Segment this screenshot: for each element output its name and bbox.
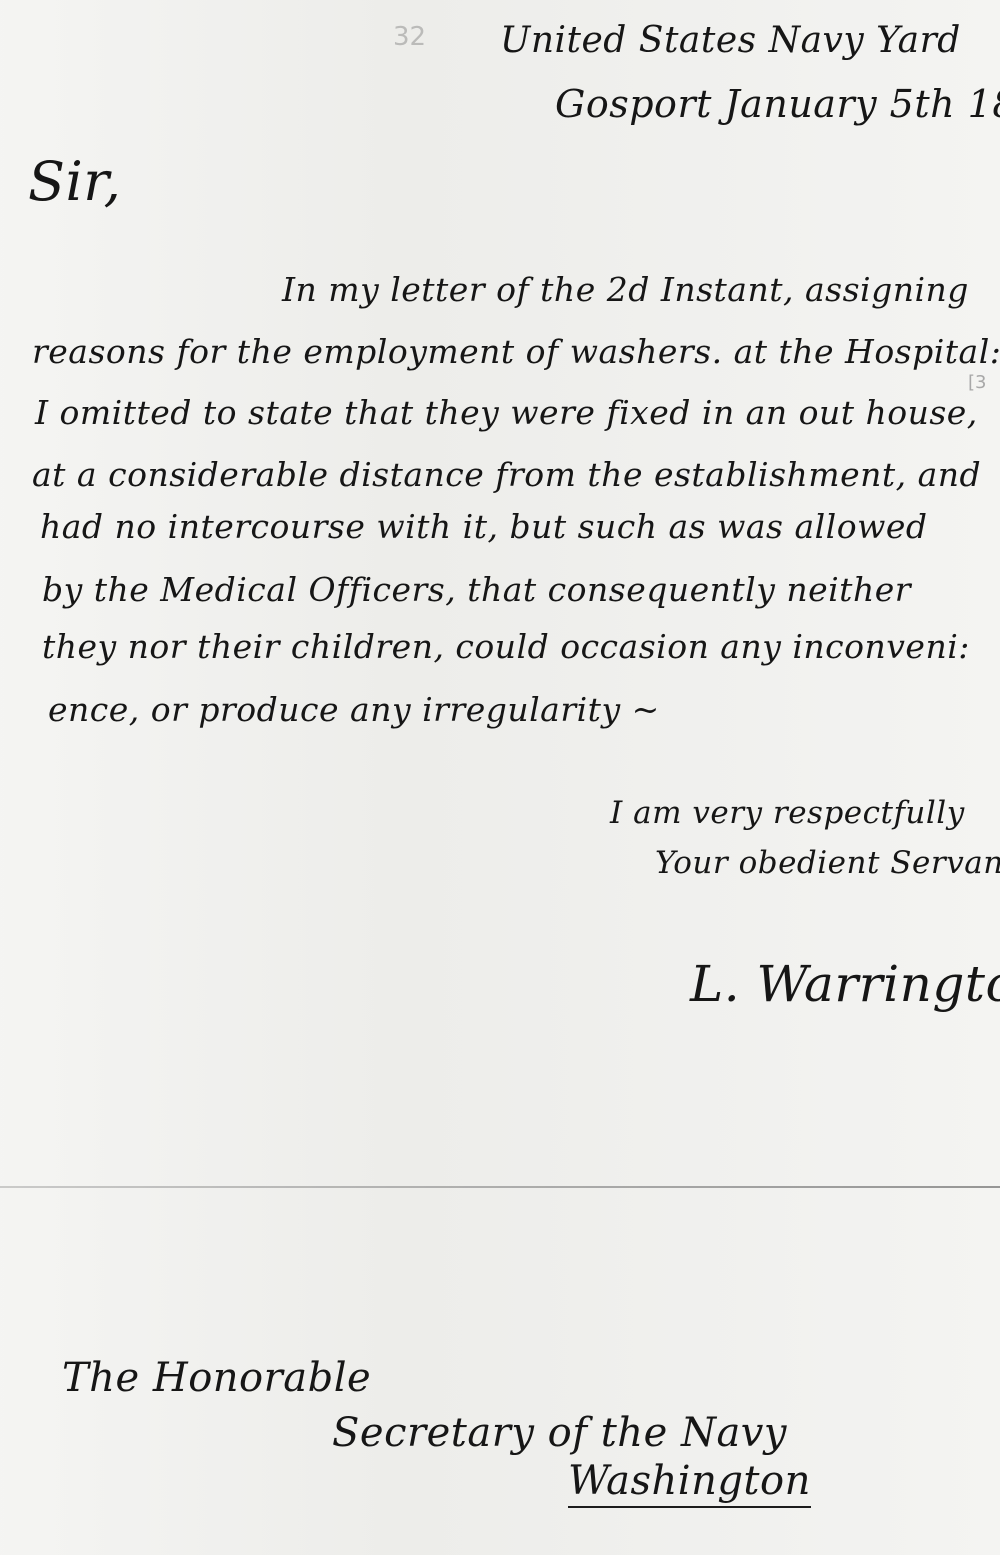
body-line: ence, or produce any irregularity ~ [48,690,660,729]
body-line: reasons for the employment of washers. a… [32,332,1000,371]
margin-mark: [3 [968,372,986,393]
letter-heading-date: Gosport January 5th 1832 [555,82,1000,126]
addressee-line-2: Secretary of the Navy [332,1410,787,1456]
fold-line [0,1186,1000,1188]
body-line: In my letter of the 2d Instant, assignin… [282,270,969,309]
archive-page-number: 32 [393,22,426,52]
closing-line-1: I am very respectfully [610,795,965,831]
signature: L. Warrington [690,955,1000,1013]
salutation: Sir, [28,150,121,213]
body-line: by the Medical Officers, that consequent… [42,570,911,609]
addressee-line-3: Washington [568,1458,811,1508]
body-line: I omitted to state that they were fixed … [35,393,978,432]
body-line: at a considerable distance from the esta… [32,455,981,494]
body-line: had no intercourse with it, but such as … [40,507,928,546]
body-line: they nor their children, could occasion … [42,627,970,666]
closing-line-2: Your obedient Servant [655,845,1000,881]
letter-page: 32 [3 United States Navy Yard Gosport Ja… [0,0,1000,1555]
addressee-line-1: The Honorable [62,1355,371,1401]
letter-heading-place: United States Navy Yard [500,20,961,61]
